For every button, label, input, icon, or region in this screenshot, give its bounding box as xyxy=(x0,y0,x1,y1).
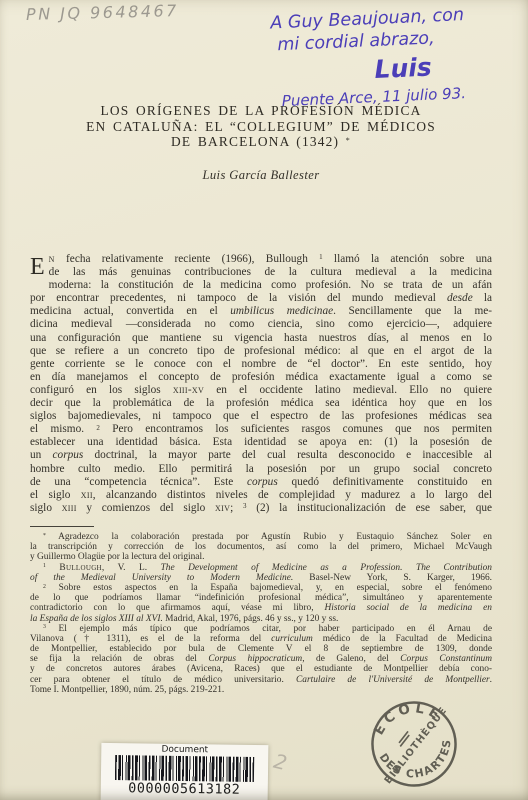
barcode-bars xyxy=(115,755,254,782)
article-title: LOS ORÍGENES DE LA PROFESIÓN MÉDICA EN C… xyxy=(30,103,492,150)
article-body: E n fecha relativamente reciente (1966),… xyxy=(30,253,492,515)
text-line: hombre culto medio. Ello permitirá la po… xyxy=(30,463,492,476)
footnote: * Agradezco la colaboración prestada por… xyxy=(30,532,492,563)
text-line: de una “competencia técnica”. Este corpu… xyxy=(30,476,492,489)
text-line: el siglo xii, alcanzando distintos nivel… xyxy=(30,489,492,502)
title-line-3: DE BARCELONA (1342) * xyxy=(171,134,351,149)
article-author: Luis García Ballester xyxy=(30,168,492,183)
text-line: moderna: la constitución de la medicina … xyxy=(30,279,492,292)
drop-cap: E xyxy=(30,254,45,280)
barcode-number: 0000005613182 xyxy=(101,780,268,798)
pencil-mark: 2 xyxy=(271,749,289,775)
text-line: en día manejamos el concepto de profesió… xyxy=(30,371,492,384)
library-stamp: ECOLE DES CHARTES BIBLIOTHÈQUE xyxy=(360,690,468,798)
scanned-paper-page: PN JQ 9648467 A Guy Beaujouan, con mi co… xyxy=(0,0,528,800)
text-line: y de concretos autores árabes (Avicena, … xyxy=(30,664,492,674)
text-line: of the Medieval University to Modern Med… xyxy=(30,573,492,583)
text-line: medicina actual, convertida en el umbili… xyxy=(30,305,492,318)
text-line: dicina medieval —considerada no como cie… xyxy=(30,318,492,331)
footnote: 3 El ejemplo más típico que podríamos ci… xyxy=(30,624,492,695)
text-line: decir que la problemática de la profesió… xyxy=(30,397,492,410)
barcode-sticker: Document 0000005613182 xyxy=(101,743,269,800)
text-line: * Agradezco la colaboración prestada por… xyxy=(30,532,492,542)
text-line: 1 Bullough, V. L. The Development of Med… xyxy=(30,563,492,573)
text-line: configuró en los siglos xiii-xv en el oc… xyxy=(30,384,492,397)
stamp-lines xyxy=(398,731,411,746)
text-line: contradictorio con lo que afirmamos aquí… xyxy=(30,603,492,613)
pencil-shelfmark: PN JQ 9648467 xyxy=(26,1,179,24)
title-line-1: LOS ORÍGENES DE LA PROFESIÓN MÉDICA xyxy=(101,103,422,118)
footnotes-block: * Agradezco la colaboración prestada por… xyxy=(30,532,492,695)
text-line: 3 El ejemplo más típico que podríamos ci… xyxy=(30,624,492,634)
text-line: siglos bajomedievales, ni tampoco que el… xyxy=(30,410,492,423)
text-line: de Montpellier, establecido por bula de … xyxy=(30,644,492,654)
text-line: siglo xiii y comienzos del siglo xiv; 3 … xyxy=(30,502,492,515)
text-line: establecer una identidad básica. Esta id… xyxy=(30,436,492,449)
text-line: n fecha relativamente reciente (1966), B… xyxy=(30,253,492,266)
barcode-label: Document xyxy=(101,743,268,756)
text-line: el mismo. 2 Pero encontramos los suficie… xyxy=(30,423,492,436)
text-line: y Guillermo Olagüe por la lectura del or… xyxy=(30,552,492,562)
text-line: de las más genuinas contribuciones de la… xyxy=(30,266,492,279)
title-line-2: EN CATALUÑA: EL “COLLEGIUM” DE MÉDICOS xyxy=(86,119,436,134)
text-line: una configuración que mantiene su vigenc… xyxy=(30,332,492,345)
footnote: 2 Sobre estos aspectos en la España bajo… xyxy=(30,583,492,624)
text-line: un corpus doctrinal, la mayor parte del … xyxy=(30,449,492,462)
text-line: por encontrar precedentes, ni tampoco de… xyxy=(30,292,492,305)
text-line: la España de los siglos XIII al XVI. Mad… xyxy=(30,614,492,624)
footnote-separator xyxy=(30,526,94,527)
text-line: 2 Sobre estos aspectos en la España bajo… xyxy=(30,583,492,593)
text-line: de lo que podríamos llamar “indefinición… xyxy=(30,593,492,603)
handwritten-dedication: A Guy Beaujouan, con mi cordial abrazo, … xyxy=(270,3,526,112)
text-line: Vilanova († 1311), es el de la reforma d… xyxy=(30,634,492,644)
text-line: cer para obtener el título de médico uni… xyxy=(30,675,492,685)
text-line: que se refiere a un concreto tipo de pro… xyxy=(30,345,492,358)
text-line: se fija la relación de obras del Corpus … xyxy=(30,654,492,664)
dedication-signature: Luis xyxy=(374,47,525,85)
text-line: la transcripción y corrección de los doc… xyxy=(30,542,492,552)
text-line: gente corriente se le conoce con el nomb… xyxy=(30,358,492,371)
body-paragraph: n fecha relativamente reciente (1966), B… xyxy=(30,253,492,515)
footnote: 1 Bullough, V. L. The Development of Med… xyxy=(30,563,492,583)
